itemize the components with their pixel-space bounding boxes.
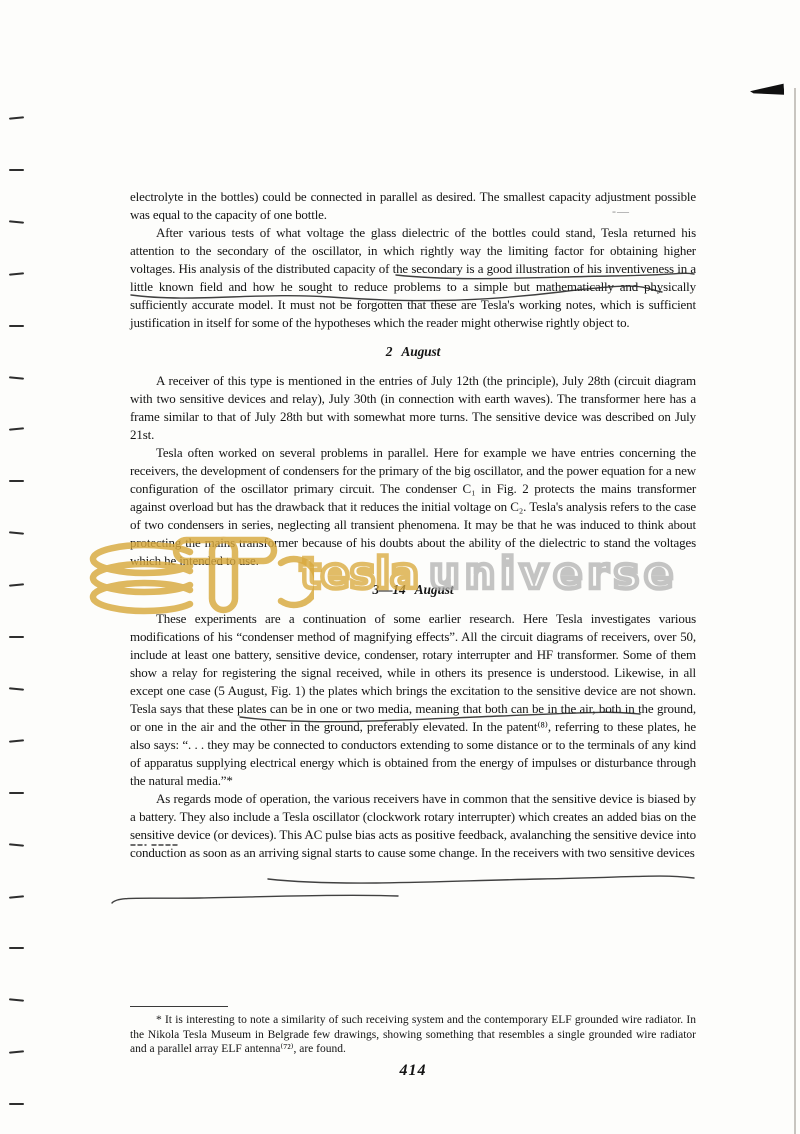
paragraph: Tesla often worked on several problems i…: [130, 444, 696, 570]
margin-tick: [9, 480, 24, 482]
margin-tick: [9, 583, 24, 586]
margin-tick: [9, 1103, 24, 1105]
margin-tick: [9, 947, 24, 949]
paragraph: These experiments are a continuation of …: [130, 610, 696, 790]
paragraph: After various tests of what voltage the …: [130, 224, 696, 332]
margin-tick: [9, 169, 24, 171]
footnote-text: * It is interesting to note a similarity…: [130, 1013, 696, 1057]
paragraph: A receiver of this type is mentioned in …: [130, 372, 696, 444]
margin-tick: [9, 792, 24, 794]
footnote-block: * It is interesting to note a similarity…: [130, 1006, 696, 1057]
underline-is-obtained-impulses: [268, 876, 694, 883]
paragraph: electrolyte in the bottles) could be con…: [130, 188, 696, 224]
margin-tick: [9, 1051, 24, 1054]
underline-through-natural-media: [112, 895, 398, 903]
margin-tick: [9, 636, 24, 638]
ink-wedge-mark: [750, 83, 784, 96]
margin-tick: [9, 220, 24, 223]
section-heading-3-14-august: 3—14August: [130, 581, 696, 599]
page-number: 414: [130, 1062, 696, 1080]
margin-tick: [9, 999, 24, 1002]
margin-tick: [9, 687, 24, 690]
footnote-rule: [130, 1006, 228, 1007]
scan-edge-line: [794, 88, 796, 1134]
margin-tick: [9, 532, 24, 535]
section-heading-2-august: 2August: [130, 343, 696, 361]
margin-tick: [9, 272, 24, 275]
text-column: electrolyte in the bottles) could be con…: [130, 188, 696, 862]
paragraph: As regards mode of operation, the variou…: [130, 790, 696, 862]
margin-tick: [9, 116, 24, 119]
margin-tick: [9, 376, 24, 379]
margin-tick: [9, 325, 24, 327]
margin-tick: [9, 843, 24, 846]
scanned-book-page: -— electrolyte in the bottles) could be …: [0, 0, 800, 1134]
margin-tick: [9, 739, 24, 742]
margin-tick: [9, 428, 24, 431]
margin-tick: [9, 895, 24, 898]
